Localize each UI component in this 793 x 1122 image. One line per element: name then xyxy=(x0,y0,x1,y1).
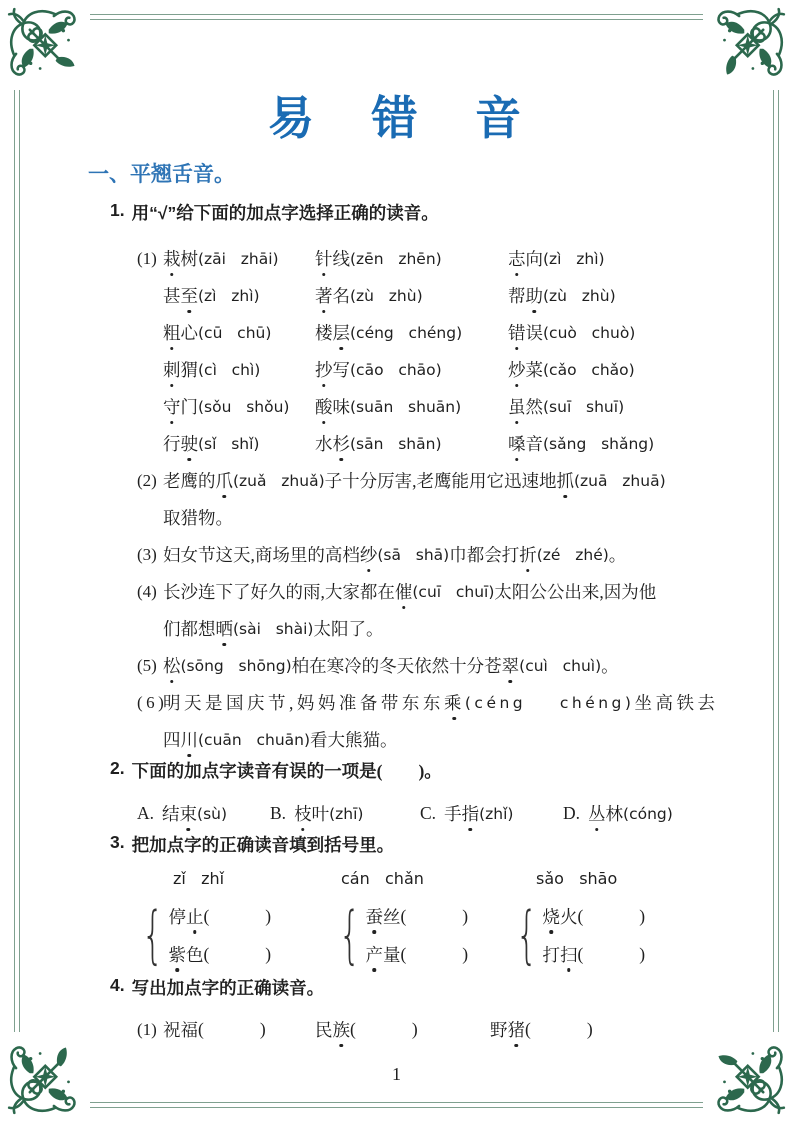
cn-text: 线 xyxy=(333,246,351,271)
dotted-char: 助 xyxy=(526,283,544,308)
word-item: 著名(zù zhù) xyxy=(315,283,508,308)
cn-text: 野 xyxy=(490,1017,508,1042)
option-item: B.枝叶(zhī) xyxy=(270,801,420,826)
dotted-text: 烧 xyxy=(542,904,560,929)
paren-open: ( xyxy=(525,1019,531,1040)
pinyin-header: zǐ zhǐ xyxy=(137,869,330,888)
dotted-text: 至 xyxy=(181,283,199,308)
dotted-text: 嗓 xyxy=(508,431,526,456)
question-2-text: 下面的加点字读音有误的一项是()。 xyxy=(132,758,442,783)
cn-text: 结 xyxy=(162,801,180,826)
answer-blank: () xyxy=(577,944,645,965)
dotted-text: 松 xyxy=(163,653,181,678)
word-item: 嗓音(sǎng shǎng) xyxy=(508,431,654,456)
item-number: (3) xyxy=(137,545,163,565)
option-item: D.丛林(cóng) xyxy=(563,801,673,826)
cn-text: 。 xyxy=(609,542,627,567)
cn-text: 。 xyxy=(601,653,619,678)
paren-close: ) xyxy=(265,944,271,965)
pinyin-text: (cū chū) xyxy=(198,324,271,342)
dotted-char: 嗓 xyxy=(508,431,526,456)
dotted-char: 纱 xyxy=(360,542,378,567)
dotted-char: 乘 xyxy=(444,690,465,715)
dotted-text: 族 xyxy=(333,1017,351,1042)
dotted-text: 扫 xyxy=(560,942,578,967)
cn-text: 猬 xyxy=(181,357,199,382)
pinyin-text: (cuò chuò) xyxy=(543,324,635,342)
dotted-text: 栽 xyxy=(163,246,181,271)
cn-text: 民 xyxy=(315,1017,333,1042)
dotted-char: 栽 xyxy=(163,246,181,271)
text-line: 停止() xyxy=(168,897,271,935)
dotted-char: 烧 xyxy=(542,904,560,929)
paren-close: ) xyxy=(265,906,271,927)
dotted-char: 催 xyxy=(395,579,413,604)
dotted-char: 丛 xyxy=(588,801,606,826)
dotted-text: 乘 xyxy=(444,690,465,715)
paren-open: ( xyxy=(377,761,383,782)
brace-group: {停止()紫色() xyxy=(133,897,330,973)
paren-open: ( xyxy=(198,1019,204,1040)
word-item: 野猪() xyxy=(490,1017,593,1042)
cn-text: 菜 xyxy=(526,357,544,382)
cn-text: 叶 xyxy=(312,801,330,826)
page-title: 易 错 音 xyxy=(0,82,793,148)
q1-word-grid: (1)栽树(zāi zhāi)针线(zēn zhēn)志向(zì zhì)甚至(… xyxy=(137,240,654,462)
dotted-text: 晒 xyxy=(216,616,234,641)
paren-open: ( xyxy=(350,1019,356,1040)
cn-text: 误 xyxy=(526,320,544,345)
question-4-text: 写出加点字的正确读音。 xyxy=(132,975,325,1000)
paren-close: ) xyxy=(639,906,645,927)
dotted-char: 族 xyxy=(333,1017,351,1042)
q3-pinyin-headers: zǐ zhǐ cán chǎn sǎo shāo xyxy=(137,869,617,888)
cn-text: 名 xyxy=(333,283,351,308)
word-item: 抄写(cāo chāo) xyxy=(315,357,508,382)
brace-group-lines: 停止()紫色() xyxy=(168,897,271,973)
dotted-text: 指 xyxy=(462,801,480,826)
answer-blank: () xyxy=(400,906,468,927)
cn-text: 甚 xyxy=(163,283,181,308)
text-line: 产量() xyxy=(365,935,468,973)
text-line: 四川(cuān chuān)看大熊猫。 xyxy=(137,721,718,758)
text-line: (3)妇女节这天,商场里的高档纱(sā shā)巾都会打折(zé zhé)。 xyxy=(137,536,718,573)
dotted-text: 止 xyxy=(186,904,204,929)
pinyin-text: (zuǎ zhuǎ) xyxy=(233,472,325,490)
dotted-text: 束 xyxy=(180,801,198,826)
dotted-text: 杉 xyxy=(333,431,351,456)
q1-sub-item: (2)老鹰的爪(zuǎ zhuǎ)子十分厉害,老鹰能用它迅速地抓(zuā zhu… xyxy=(137,462,718,536)
cn-text: 味 xyxy=(333,394,351,419)
brace-group: {蚕丝()产量() xyxy=(330,897,507,973)
dotted-text: 纱 xyxy=(360,542,378,567)
paren-open: ( xyxy=(203,906,209,927)
paren-close: ) xyxy=(412,1019,418,1040)
cn-text: 火 xyxy=(560,904,578,929)
dotted-text: 虽 xyxy=(508,394,526,419)
word-item: 民族() xyxy=(315,1017,490,1042)
item-number: (1) xyxy=(137,1020,163,1040)
word-row: (1)栽树(zāi zhāi)针线(zēn zhēn)志向(zì zhì) xyxy=(137,240,654,277)
dotted-text: 驶 xyxy=(181,431,199,456)
pinyin-text: (cāo chāo) xyxy=(350,361,442,379)
dotted-text: 助 xyxy=(526,283,544,308)
cn-text: 打 xyxy=(542,942,560,967)
text-line: 紫色() xyxy=(168,935,271,973)
q1-sub-item: (5)松(sōng shōng)柏在寒冷的冬天依然十分苍翠(cuì chuì)。 xyxy=(137,647,718,684)
word-item: 虽然(suī shuī) xyxy=(508,394,654,419)
cn-text: 子十分厉害,老鹰能用它迅速地 xyxy=(325,468,557,493)
dotted-char: 酸 xyxy=(315,394,333,419)
q1-sub-item: (4)长沙连下了好久的雨,大家都在催(cuī chuī)太阳公公出来,因为他们都… xyxy=(137,573,718,647)
item-number: (4) xyxy=(137,582,163,602)
paren-close: ) xyxy=(462,944,468,965)
word-item: 针线(zēn zhēn) xyxy=(315,246,508,271)
dotted-char: 产 xyxy=(365,942,383,967)
dotted-text: 折 xyxy=(519,542,537,567)
cn-text: 行 xyxy=(163,431,181,456)
cn-text: 树 xyxy=(181,246,199,271)
cn-text: 停 xyxy=(168,904,186,929)
dotted-char: 川 xyxy=(181,727,199,752)
q1-sub-item: (3)妇女节这天,商场里的高档纱(sā shā)巾都会打折(zé zhé)。 xyxy=(137,536,718,573)
dotted-char: 折 xyxy=(519,542,537,567)
dotted-text: 抓 xyxy=(557,468,575,493)
cn-text: 四 xyxy=(163,727,181,752)
cn-text: 向 xyxy=(526,246,544,271)
word-row: 刺猬(cì chì)抄写(cāo chāo)炒菜(cǎo chǎo) xyxy=(137,351,654,388)
dotted-text: 刺 xyxy=(163,357,181,382)
text-line: (6)明天是国庆节,妈妈准备带东东乘(céng chéng)坐高铁去 xyxy=(137,684,718,721)
dotted-text: 川 xyxy=(181,727,199,752)
dotted-char: 指 xyxy=(462,801,480,826)
dotted-char: 松 xyxy=(163,653,181,678)
question-3-stem: 3. 把加点字的正确读音填到括号里。 xyxy=(110,832,394,857)
dotted-text: 翠 xyxy=(502,653,520,678)
cn-text: 丝 xyxy=(383,904,401,929)
pinyin-text: (zuā zhuā) xyxy=(574,472,666,490)
pinyin-text: (zhǐ) xyxy=(479,805,513,823)
word-item: 错误(cuò chuò) xyxy=(508,320,654,345)
dotted-text: 志 xyxy=(508,246,526,271)
dotted-char: 猪 xyxy=(508,1017,526,1042)
dotted-char: 著 xyxy=(315,283,333,308)
word-item: 行驶(sǐ shǐ) xyxy=(137,431,315,456)
cn-text: 林 xyxy=(606,801,624,826)
cn-text: 帮 xyxy=(508,283,526,308)
pinyin-text: (cuān chuān) xyxy=(198,731,310,749)
q3-brace-groups: {停止()紫色(){蚕丝()产量(){烧火()打扫() xyxy=(133,897,645,973)
brace-group-lines: 烧火()打扫() xyxy=(542,897,645,973)
dotted-char: 守 xyxy=(163,394,181,419)
dotted-char: 枝 xyxy=(294,801,312,826)
q1-sub-items: (2)老鹰的爪(zuǎ zhuǎ)子十分厉害,老鹰能用它迅速地抓(zuā zhu… xyxy=(137,462,718,758)
option-letter: D. xyxy=(563,803,580,824)
paren-open: ( xyxy=(577,906,583,927)
word-item: 刺猬(cì chì) xyxy=(137,357,315,382)
dotted-char: 炒 xyxy=(508,357,526,382)
cn-text: 水 xyxy=(315,431,333,456)
dotted-char: 爪 xyxy=(216,468,234,493)
dotted-text: 错 xyxy=(508,320,526,345)
pinyin-header: cán chǎn xyxy=(330,869,507,888)
dotted-text: 著 xyxy=(315,283,333,308)
cn-text: 门 xyxy=(181,394,199,419)
dotted-char: 紫 xyxy=(168,942,186,967)
pinyin-text: (cuī chuī) xyxy=(412,583,494,601)
dotted-char: 层 xyxy=(333,320,351,345)
cn-text: 取猎物。 xyxy=(163,505,233,530)
cn-text: 看大熊猫。 xyxy=(310,727,398,752)
pinyin-header: sǎo shāo xyxy=(507,869,617,888)
word-item: 甚至(zì zhì) xyxy=(137,283,315,308)
paren-open: ( xyxy=(400,906,406,927)
question-4-stem: 4. 写出加点字的正确读音。 xyxy=(110,975,324,1000)
pinyin-text: (sōng shōng) xyxy=(181,657,292,675)
pinyin-text: (cǎo chǎo) xyxy=(543,361,635,379)
word-row: 粗心(cū chū)楼层(céng chéng)错误(cuò chuò) xyxy=(137,314,654,351)
brace-group: {烧火()打扫() xyxy=(507,897,645,973)
cn-text: 老鹰的 xyxy=(163,468,216,493)
cn-text: 巾都会打 xyxy=(449,542,519,567)
cn-text: 心 xyxy=(181,320,199,345)
text-line: (5)松(sōng shōng)柏在寒冷的冬天依然十分苍翠(cuì chuì)。 xyxy=(137,647,718,684)
dotted-text: 蚕 xyxy=(365,904,383,929)
word-row: 守门(sǒu shǒu)酸味(suān shuān)虽然(suī shuī) xyxy=(137,388,654,425)
paren-open: ( xyxy=(203,944,209,965)
brace-icon: { xyxy=(516,897,538,973)
word-row: 甚至(zì zhì)著名(zù zhù)帮助(zù zhù) xyxy=(137,277,654,314)
dotted-char: 至 xyxy=(181,283,199,308)
question-3-number: 3. xyxy=(110,832,125,857)
question-1-number: 1. xyxy=(110,200,125,225)
item-number: (5) xyxy=(137,656,163,676)
cn-text: 然 xyxy=(526,394,544,419)
cn-text: 楼 xyxy=(315,320,333,345)
paren-close: ) xyxy=(587,1019,593,1040)
answer-blank: () xyxy=(198,1019,266,1040)
answer-blank: () xyxy=(203,906,271,927)
text-line: 们都想晒(sài shài)太阳了。 xyxy=(137,610,718,647)
pinyin-text: (céng chéng) xyxy=(465,694,635,712)
word-item: 水杉(sān shān) xyxy=(315,431,508,456)
word-item: 帮助(zù zhù) xyxy=(508,283,654,308)
dotted-text: 抄 xyxy=(315,357,333,382)
dotted-text: 猪 xyxy=(508,1017,526,1042)
pinyin-text: (zì zhì) xyxy=(543,250,605,268)
dotted-text: 爪 xyxy=(216,468,234,493)
dotted-char: 刺 xyxy=(163,357,181,382)
option-letter: B. xyxy=(270,803,286,824)
dotted-text: 粗 xyxy=(163,320,181,345)
question-3-text: 把加点字的正确读音填到括号里。 xyxy=(132,832,395,857)
dotted-text: 守 xyxy=(163,394,181,419)
dotted-char: 虽 xyxy=(508,394,526,419)
option-letter: A. xyxy=(137,803,154,824)
dotted-char: 错 xyxy=(508,320,526,345)
pinyin-text: (sài shài) xyxy=(233,620,313,638)
dotted-char: 束 xyxy=(180,801,198,826)
pinyin-text: (cóng) xyxy=(623,805,673,823)
q1-sub-item: (6)明天是国庆节,妈妈准备带东东乘(céng chéng)坐高铁去四川(cuā… xyxy=(137,684,718,758)
dotted-char: 针 xyxy=(315,246,333,271)
word-item: 酸味(suān shuān) xyxy=(315,394,508,419)
dotted-char: 驶 xyxy=(181,431,199,456)
pinyin-text: (zāi zhāi) xyxy=(198,250,279,268)
word-item: 炒菜(cǎo chǎo) xyxy=(508,357,654,382)
word-item: (1)祝福() xyxy=(137,1017,315,1042)
dotted-char: 翠 xyxy=(502,653,520,678)
dotted-char: 粗 xyxy=(163,320,181,345)
text-line: 蚕丝() xyxy=(365,897,468,935)
pinyin-text: (sù) xyxy=(197,805,227,823)
cn-text: 长沙连下了好久的雨,大家都在 xyxy=(163,579,395,604)
page-number: 1 xyxy=(0,1064,793,1085)
word-item: 志向(zì zhì) xyxy=(508,246,654,271)
corner-flourish-icon xyxy=(4,4,90,90)
dotted-text: 酸 xyxy=(315,394,333,419)
dotted-char: 志 xyxy=(508,246,526,271)
question-1-stem: 1. 用“√”给下面的加点字选择正确的读音。 xyxy=(110,200,439,225)
pinyin-text: (suān shuān) xyxy=(350,398,461,416)
word-item: 守门(sǒu shǒu) xyxy=(137,394,315,419)
dotted-char: 抓 xyxy=(557,468,575,493)
cn-text: 们都想 xyxy=(163,616,216,641)
pinyin-text: (suī shuī) xyxy=(543,398,624,416)
text-line: 取猎物。 xyxy=(137,499,718,536)
option-item: A.结束(sù) xyxy=(137,801,270,826)
cn-text: 明天是国庆节,妈妈准备带东东 xyxy=(163,690,444,715)
dotted-text: 针 xyxy=(315,246,333,271)
answer-blank: () xyxy=(377,761,425,782)
dotted-text: 催 xyxy=(395,579,413,604)
pinyin-text: (sǎng shǎng) xyxy=(543,435,654,453)
question-2-stem: 2. 下面的加点字读音有误的一项是()。 xyxy=(110,758,442,783)
text-line: 打扫() xyxy=(542,935,645,973)
cn-text: 太阳公公出来,因为他 xyxy=(494,579,656,604)
word-item: (1)栽树(zāi zhāi) xyxy=(137,246,315,271)
brace-icon: { xyxy=(142,897,164,973)
pinyin-text: (cì chì) xyxy=(198,361,260,379)
dotted-text: 产 xyxy=(365,942,383,967)
cn-text: 量 xyxy=(383,942,401,967)
question-1-text: 用“√”给下面的加点字选择正确的读音。 xyxy=(132,200,439,225)
brace-icon: { xyxy=(339,897,361,973)
brace-group-lines: 蚕丝()产量() xyxy=(365,897,468,973)
cn-text: 坐高铁去 xyxy=(634,690,718,715)
cn-text: 。 xyxy=(424,761,442,781)
pinyin-text: (zhī) xyxy=(329,805,363,823)
pinyin-text: (zé zhé) xyxy=(537,546,609,564)
answer-blank: () xyxy=(350,1019,418,1040)
q4-word-row: (1)祝福()民族()野猪() xyxy=(137,1011,593,1048)
dotted-char: 止 xyxy=(186,904,204,929)
word-item: 楼层(céng chéng) xyxy=(315,320,508,345)
answer-blank: () xyxy=(400,944,468,965)
pinyin-text: (cuì chuì) xyxy=(519,657,601,675)
dotted-char: 扫 xyxy=(560,942,578,967)
item-number: (6) xyxy=(137,693,163,713)
q2-options-row: A.结束(sù)B.枝叶(zhī)C.手指(zhǐ)D.丛林(cóng) xyxy=(137,795,673,832)
paren-close: ) xyxy=(260,1019,266,1040)
cn-text: 手 xyxy=(444,801,462,826)
word-item: 粗心(cū chū) xyxy=(137,320,315,345)
corner-flourish-icon xyxy=(703,4,789,90)
dotted-char: 杉 xyxy=(333,431,351,456)
pinyin-text: (zù zhù) xyxy=(543,287,616,305)
cn-text: 妇女节这天,商场里的高档 xyxy=(163,542,360,567)
pinyin-text: (sǒu shǒu) xyxy=(198,398,289,416)
dotted-char: 蚕 xyxy=(365,904,383,929)
dotted-text: 枝 xyxy=(294,801,312,826)
item-number: (1) xyxy=(137,249,163,269)
cn-text: 祝福 xyxy=(163,1017,198,1042)
text-line: (2)老鹰的爪(zuǎ zhuǎ)子十分厉害,老鹰能用它迅速地抓(zuā zhu… xyxy=(137,462,718,499)
paren-close: ) xyxy=(639,944,645,965)
pinyin-text: (céng chéng) xyxy=(350,324,462,342)
paren-open: ( xyxy=(577,944,583,965)
word-row: 行驶(sǐ shǐ)水杉(sān shān)嗓音(sǎng shǎng) xyxy=(137,425,654,462)
cn-text: 太阳了。 xyxy=(313,616,383,641)
question-4-number: 4. xyxy=(110,975,125,1000)
paren-close: ) xyxy=(462,906,468,927)
dotted-text: 层 xyxy=(333,320,351,345)
dotted-char: 晒 xyxy=(216,616,234,641)
answer-blank: () xyxy=(203,944,271,965)
answer-blank: () xyxy=(525,1019,593,1040)
pinyin-text: (zēn zhēn) xyxy=(350,250,442,268)
cn-text: 音 xyxy=(526,431,544,456)
cn-text: 写 xyxy=(333,357,351,382)
question-2-number: 2. xyxy=(110,758,125,783)
text-line: 烧火() xyxy=(542,897,645,935)
option-letter: C. xyxy=(420,803,436,824)
pinyin-text: (sā shā) xyxy=(377,546,449,564)
dotted-text: 丛 xyxy=(588,801,606,826)
cn-text: 柏在寒冷的冬天依然十分苍 xyxy=(292,653,502,678)
paren-open: ( xyxy=(400,944,406,965)
pinyin-text: (zù zhù) xyxy=(350,287,423,305)
cn-text: 色 xyxy=(186,942,204,967)
dotted-char: 抄 xyxy=(315,357,333,382)
item-number: (2) xyxy=(137,471,163,491)
answer-blank: () xyxy=(577,906,645,927)
pinyin-text: (sǐ shǐ) xyxy=(198,435,259,453)
option-item: C.手指(zhǐ) xyxy=(420,801,563,826)
cn-text: 下面的加点字读音有误的一项是 xyxy=(132,761,377,781)
pinyin-text: (sān shān) xyxy=(350,435,442,453)
dotted-text: 紫 xyxy=(168,942,186,967)
text-line: (4)长沙连下了好久的雨,大家都在催(cuī chuī)太阳公公出来,因为他 xyxy=(137,573,718,610)
pinyin-text: (zì zhì) xyxy=(198,287,260,305)
section-heading: 一、平翘舌音。 xyxy=(88,158,235,188)
dotted-text: 炒 xyxy=(508,357,526,382)
